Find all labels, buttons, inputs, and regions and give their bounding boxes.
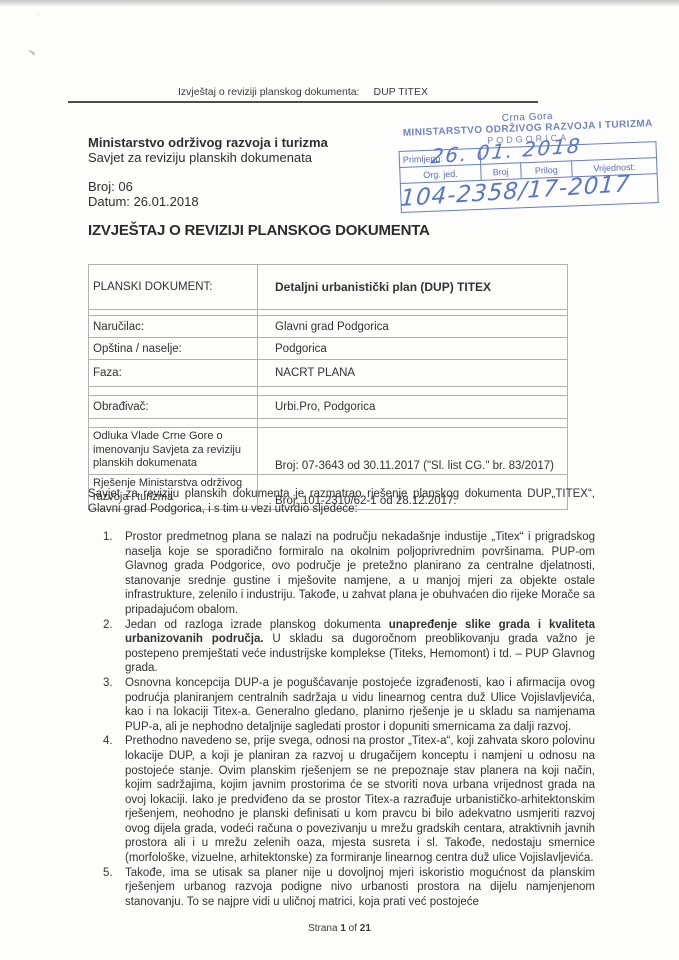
list-item: 2. Jedan od razloga izrade planskog doku… [88, 618, 595, 676]
running-header-label: Izvještaj o reviziji planskog dokumenta: [178, 86, 360, 98]
row-label: Obrađivač: [89, 396, 258, 419]
row-value: Broj: 07-3643 od 30.11.2017 ("Sl. list C… [258, 428, 568, 475]
table-spacer-row [89, 419, 568, 428]
row-value: Glavni grad Podgorica [258, 316, 568, 338]
council-name: Savjet za reviziju planskih dokumenata [88, 150, 328, 165]
plan-info-table: PLANSKI DOKUMENT: Detaljni urbanistički … [88, 264, 568, 510]
spacer [88, 165, 328, 179]
list-item: 1. Prostor predmetnog plana se nalazi na… [88, 530, 595, 618]
row-label: Odluka Vlade Crne Gore o imenovanju Savj… [89, 428, 258, 475]
footer-page-number: 1 [340, 923, 346, 934]
list-item-number: 3. [103, 676, 125, 734]
list-item-text: Prethodno navedeno se, prije svega, odno… [125, 734, 595, 865]
list-item-text: Jedan od razloga izrade planskog dokumen… [125, 618, 595, 676]
table-row: Opština / naselje: Podgorica [89, 338, 568, 360]
row-label: PLANSKI DOKUMENT: [89, 265, 258, 310]
row-label: Faza: [89, 360, 258, 387]
document-number: Broj: 06 [88, 179, 328, 194]
table-row: PLANSKI DOKUMENT: Detaljni urbanistički … [89, 265, 568, 310]
row-label: Opština / naselje: [89, 338, 258, 360]
intro-paragraph: Savjet za reviziju planskih dokumenta je… [88, 487, 595, 517]
list-item: 4. Prethodno navedeno se, prije svega, o… [88, 734, 595, 865]
list-item-number: 5. [103, 866, 125, 910]
list-item-number: 4. [103, 734, 125, 865]
ministry-block: Ministarstvo održivog razvoja i turizma … [88, 135, 328, 209]
row-value: Urbi.Pro, Podgorica [258, 396, 568, 419]
row-value: Detaljni urbanistički plan (DUP) TITEX [258, 265, 568, 310]
page-title: IZVJEŠTAJ O REVIZIJI PLANSKOG DOKUMENTA [88, 222, 430, 239]
footer-of: of [349, 923, 357, 934]
text-segment: Jedan od razloga izrade planskog dokumen… [125, 619, 389, 631]
footer-label: Strana [308, 923, 337, 934]
scan-speck: ᾿ [35, 14, 41, 23]
table-row: Odluka Vlade Crne Gore o imenovanju Savj… [89, 428, 568, 475]
list-item-text: Osnovna koncepcija DUP-a je pogušćavanje… [125, 676, 595, 734]
footer-total-pages: 21 [360, 923, 371, 934]
list-item: 3. Osnovna koncepcija DUP-a je pogušćava… [88, 676, 595, 734]
row-value: NACRT PLANA [258, 360, 568, 387]
ministry-name: Ministarstvo održivog razvoja i turizma [88, 135, 328, 150]
receipt-stamp: Crna Gora MINISTARSTVO ODRŽIVOG RAZVOJA … [381, 106, 676, 213]
table-row: Faza: NACRT PLANA [89, 360, 568, 387]
list-item-text: Takođe, ima se utisak sa planer nije u d… [125, 866, 595, 910]
scanned-document-page: ᾿ ﹅ Izvještaj o reviziji planskog dokume… [0, 0, 679, 960]
running-header: Izvještaj o reviziji planskog dokumenta:… [68, 86, 538, 98]
document-date: Datum: 26.01.2018 [88, 194, 328, 209]
list-item: 5. Takođe, ima se utisak sa planer nije … [88, 866, 595, 910]
row-label: Naručilac: [89, 316, 258, 338]
list-item-text: Prostor predmetnog plana se nalazi na po… [125, 530, 595, 618]
row-value: Podgorica [258, 338, 568, 360]
list-item-number: 2. [103, 618, 125, 676]
table-spacer-row [89, 387, 568, 396]
findings-list: 1. Prostor predmetnog plana se nalazi na… [88, 530, 595, 909]
table-row: Naručilac: Glavni grad Podgorica [89, 316, 568, 338]
page-footer: Strana 1 of 21 [0, 923, 679, 934]
running-header-doc-code: DUP TITEX [374, 86, 428, 98]
list-item-number: 1. [103, 530, 125, 618]
header-rule [68, 101, 538, 103]
scan-edge-artifact [0, 0, 679, 7]
table-row: Obrađivač: Urbi.Pro, Podgorica [89, 396, 568, 419]
scan-speck: ﹅ [25, 45, 37, 60]
